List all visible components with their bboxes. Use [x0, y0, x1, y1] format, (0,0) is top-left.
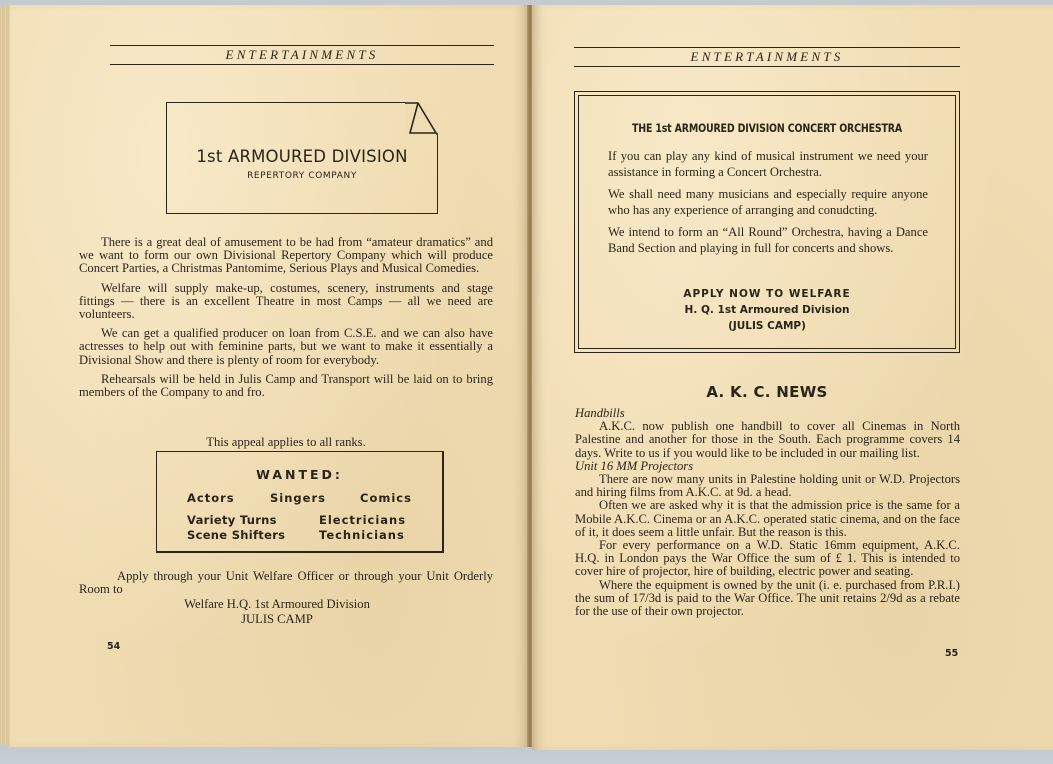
repertory-box-subtitle: REPERTORY COMPANY [167, 171, 437, 181]
running-head-right: ENTERTAINMENTS [574, 47, 960, 67]
paragraph: Where the equipment is owned by the unit… [575, 579, 960, 619]
repertory-body-text: There is a great deal of amusement to be… [79, 236, 493, 405]
wanted-item: Actors [187, 491, 235, 505]
paragraph: If you can play any kind of musical inst… [608, 148, 928, 180]
paragraph: There is a great deal of amusement to be… [79, 236, 493, 276]
wanted-box: WANTED: Actors Singers Comics Variety Tu… [156, 451, 444, 553]
page-number-right: 55 [945, 648, 958, 659]
concert-orchestra-box: THE 1st ARMOURED DIVISION CONCERT ORCHES… [574, 91, 960, 353]
address-line-2: JULIS CAMP [70, 612, 484, 627]
apply-instructions: Apply through your Unit Welfare Officer … [79, 570, 493, 596]
wanted-item: Electricians [319, 513, 406, 527]
right-page: ENTERTAINMENTS THE 1st ARMOURED DIVISION… [532, 5, 1053, 750]
orchestra-apply-line-2: H. Q. 1st Armoured Division [575, 302, 959, 318]
repertory-company-box: 1st ARMOURED DIVISION REPERTORY COMPANY [166, 102, 438, 214]
repertory-box-title: 1st ARMOURED DIVISION [167, 147, 437, 166]
wanted-item: Variety Turns [187, 513, 277, 527]
left-page: ENTERTAINMENTS 1st ARMOURED DIVISION REP… [10, 5, 528, 747]
appeal-line: This appeal applies to all ranks. [79, 435, 493, 450]
orchestra-body-text: If you can play any kind of musical inst… [608, 148, 928, 262]
paragraph: Often we are asked why it is that the ad… [575, 499, 960, 539]
page-number-left: 54 [107, 641, 120, 652]
paragraph: We shall need many musicians and especia… [608, 186, 928, 218]
paragraph: Welfare will supply make-up, costumes, s… [79, 282, 493, 322]
orchestra-title: THE 1st ARMOURED DIVISION CONCERT ORCHES… [610, 121, 925, 135]
running-head-left: ENTERTAINMENTS [110, 45, 494, 65]
wanted-item: Singers [270, 491, 326, 505]
paragraph: For every performance on a W.D. Static 1… [575, 539, 960, 579]
wanted-title: WANTED: [157, 467, 442, 482]
akc-news-heading: A. K. C. NEWS [574, 383, 960, 401]
paragraph: We intend to form an “All Round” Orchest… [608, 224, 928, 256]
paragraph: We can get a qualified producer on loan … [79, 327, 493, 367]
folded-corner-icon [405, 101, 439, 135]
orchestra-apply-line-1: APPLY NOW TO WELFARE [575, 286, 959, 302]
akc-news-body: Handbills A.K.C. now publish one handbil… [575, 407, 960, 618]
wanted-item: Scene Shifters [187, 528, 285, 542]
orchestra-apply-line-3: (JULIS CAMP) [575, 318, 959, 334]
address-line-1: Welfare H.Q. 1st Armoured Division [70, 597, 484, 612]
paragraph: There are now many units in Palestine ho… [575, 473, 960, 499]
paragraph: A.K.C. now publish one handbill to cover… [575, 420, 960, 460]
paragraph: Rehearsals will be held in Julis Camp an… [79, 373, 493, 399]
wanted-item: Comics [360, 491, 412, 505]
wanted-item: Technicians [319, 528, 405, 542]
